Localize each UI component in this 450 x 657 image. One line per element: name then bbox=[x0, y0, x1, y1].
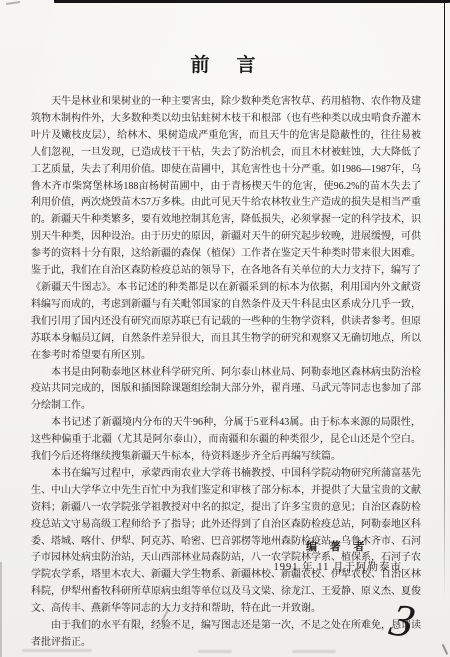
scanned-preface-page: 前 言 天牛是林业和果树业的一种主要害虫，除少数种类危害牧草、药用植物、农作物及… bbox=[0, 0, 450, 657]
scan-edge-top bbox=[54, 0, 450, 3]
paragraph-1: 天牛是林业和果树业的一种主要害虫，除少数种类危害牧草、药用植物、农作物及建筑物木… bbox=[31, 94, 421, 365]
signature-date: 1991 年 11 月于阿勒泰市 bbox=[274, 559, 403, 574]
scan-artifact bbox=[6, 1, 20, 5]
page-title: 前 言 bbox=[0, 50, 450, 77]
paragraph-3: 本书记述了新疆境内分布的天牛96种，分属于5亚科43属。由于标本来源的局限性，这… bbox=[31, 415, 421, 466]
paragraph-2: 本书是由阿勒泰地区林业科学研究所、阿尔泰山林业局、阿勒泰地区森林病虫防治检疫站共… bbox=[31, 365, 421, 416]
scan-edge-right bbox=[444, 0, 446, 600]
scan-edge-left bbox=[0, 562, 2, 657]
paragraph-5: 由于我们的水平有限，经验不足，编写图志还是第一次，不足之处在所难免，恳请读者批评… bbox=[31, 618, 421, 652]
scan-artifact bbox=[442, 644, 448, 655]
signature-author: 编 著 者 bbox=[274, 538, 403, 554]
signature-block: 编 著 者 1991 年 11 月于阿勒泰市 bbox=[274, 538, 403, 574]
